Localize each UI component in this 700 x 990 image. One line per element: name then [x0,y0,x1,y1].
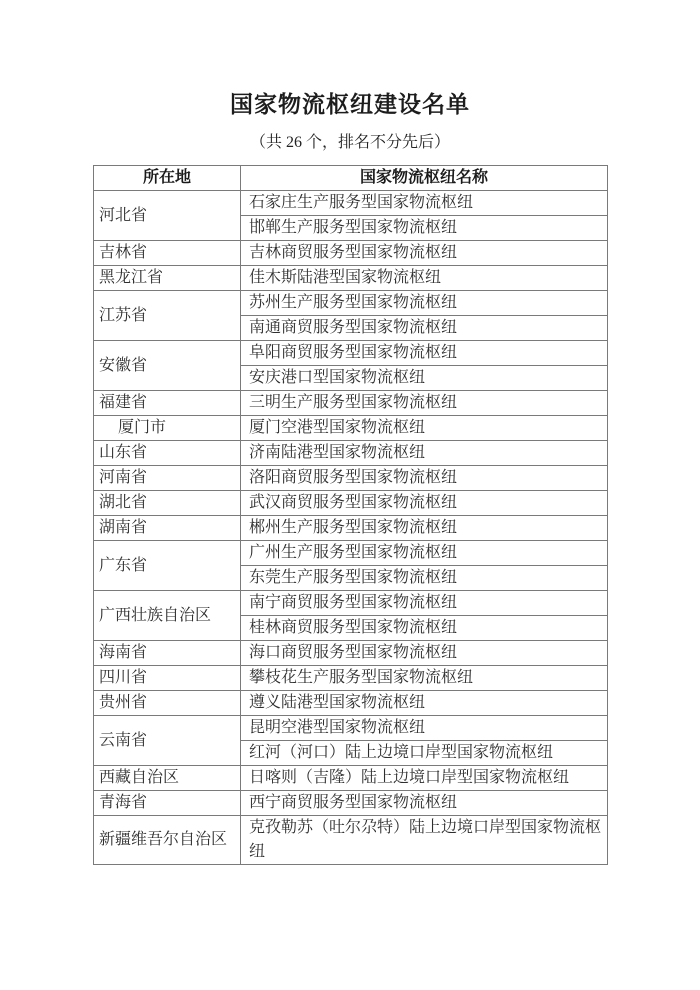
page-subtitle: （共 26 个，排名不分先后） [0,129,700,152]
page-title: 国家物流枢纽建设名单 [0,0,700,119]
table-row: 河南省洛阳商贸服务型国家物流枢纽 [94,466,608,491]
table-row: 河北省石家庄生产服务型国家物流枢纽 [94,191,608,216]
location-cell: 江苏省 [94,291,241,341]
location-cell: 河南省 [94,466,241,491]
table-row: 海南省海口商贸服务型国家物流枢纽 [94,641,608,666]
table-row: 湖南省郴州生产服务型国家物流枢纽 [94,516,608,541]
hub-name-cell: 郴州生产服务型国家物流枢纽 [241,516,608,541]
table-row: 四川省攀枝花生产服务型国家物流枢纽 [94,666,608,691]
hub-name-cell: 安庆港口型国家物流枢纽 [241,366,608,391]
location-cell: 湖南省 [94,516,241,541]
table-row: 广西壮族自治区南宁商贸服务型国家物流枢纽 [94,591,608,616]
table-row: 安徽省阜阳商贸服务型国家物流枢纽 [94,341,608,366]
table-row: 云南省昆明空港型国家物流枢纽 [94,716,608,741]
table-row: 湖北省武汉商贸服务型国家物流枢纽 [94,491,608,516]
hub-name-cell: 西宁商贸服务型国家物流枢纽 [241,791,608,816]
location-cell: 云南省 [94,716,241,766]
hub-name-cell: 海口商贸服务型国家物流枢纽 [241,641,608,666]
location-cell: 广西壮族自治区 [94,591,241,641]
column-header-location: 所在地 [94,166,241,191]
location-cell: 湖北省 [94,491,241,516]
table-row: 青海省西宁商贸服务型国家物流枢纽 [94,791,608,816]
location-cell: 四川省 [94,666,241,691]
hub-name-cell: 红河（河口）陆上边境口岸型国家物流枢纽 [241,741,608,766]
table-header-row: 所在地 国家物流枢纽名称 [94,166,608,191]
location-cell: 海南省 [94,641,241,666]
table-row: 江苏省苏州生产服务型国家物流枢纽 [94,291,608,316]
location-cell: 广东省 [94,541,241,591]
location-cell: 安徽省 [94,341,241,391]
hub-name-cell: 桂林商贸服务型国家物流枢纽 [241,616,608,641]
table-row: 西藏自治区日喀则（吉隆）陆上边境口岸型国家物流枢纽 [94,766,608,791]
hub-name-cell: 广州生产服务型国家物流枢纽 [241,541,608,566]
hub-name-cell: 东莞生产服务型国家物流枢纽 [241,566,608,591]
hub-name-cell: 洛阳商贸服务型国家物流枢纽 [241,466,608,491]
hub-name-cell: 阜阳商贸服务型国家物流枢纽 [241,341,608,366]
location-cell: 黑龙江省 [94,266,241,291]
table-row: 广东省广州生产服务型国家物流枢纽 [94,541,608,566]
location-cell: 吉林省 [94,241,241,266]
table-row: 厦门市厦门空港型国家物流枢纽 [94,416,608,441]
hub-name-cell: 武汉商贸服务型国家物流枢纽 [241,491,608,516]
logistics-hub-table: 所在地 国家物流枢纽名称 河北省石家庄生产服务型国家物流枢纽邯郸生产服务型国家物… [93,165,608,865]
location-cell: 青海省 [94,791,241,816]
hub-name-cell: 佳木斯陆港型国家物流枢纽 [241,266,608,291]
hub-name-cell: 日喀则（吉隆）陆上边境口岸型国家物流枢纽 [241,766,608,791]
hub-name-cell: 昆明空港型国家物流枢纽 [241,716,608,741]
hub-name-cell: 克孜勒苏（吐尔尕特）陆上边境口岸型国家物流枢纽 [241,816,608,865]
hub-name-cell: 三明生产服务型国家物流枢纽 [241,391,608,416]
location-cell: 福建省 [94,391,241,416]
hub-name-cell: 南通商贸服务型国家物流枢纽 [241,316,608,341]
hub-name-cell: 邯郸生产服务型国家物流枢纽 [241,216,608,241]
location-cell: 山东省 [94,441,241,466]
location-cell: 厦门市 [94,416,241,441]
hub-name-cell: 吉林商贸服务型国家物流枢纽 [241,241,608,266]
table-row: 福建省三明生产服务型国家物流枢纽 [94,391,608,416]
location-cell: 贵州省 [94,691,241,716]
hub-name-cell: 苏州生产服务型国家物流枢纽 [241,291,608,316]
location-cell: 河北省 [94,191,241,241]
hub-name-cell: 攀枝花生产服务型国家物流枢纽 [241,666,608,691]
table-row: 黑龙江省佳木斯陆港型国家物流枢纽 [94,266,608,291]
hub-name-cell: 南宁商贸服务型国家物流枢纽 [241,591,608,616]
table-row: 吉林省吉林商贸服务型国家物流枢纽 [94,241,608,266]
table-row: 贵州省遵义陆港型国家物流枢纽 [94,691,608,716]
hub-name-cell: 石家庄生产服务型国家物流枢纽 [241,191,608,216]
location-cell: 新疆维吾尔自治区 [94,816,241,865]
location-cell: 西藏自治区 [94,766,241,791]
document-page: 国家物流枢纽建设名单 （共 26 个，排名不分先后） 所在地 国家物流枢纽名称 … [0,0,700,990]
hub-name-cell: 遵义陆港型国家物流枢纽 [241,691,608,716]
table-row: 新疆维吾尔自治区克孜勒苏（吐尔尕特）陆上边境口岸型国家物流枢纽 [94,816,608,865]
column-header-hub-name: 国家物流枢纽名称 [241,166,608,191]
hub-name-cell: 济南陆港型国家物流枢纽 [241,441,608,466]
hub-name-cell: 厦门空港型国家物流枢纽 [241,416,608,441]
table-row: 山东省济南陆港型国家物流枢纽 [94,441,608,466]
